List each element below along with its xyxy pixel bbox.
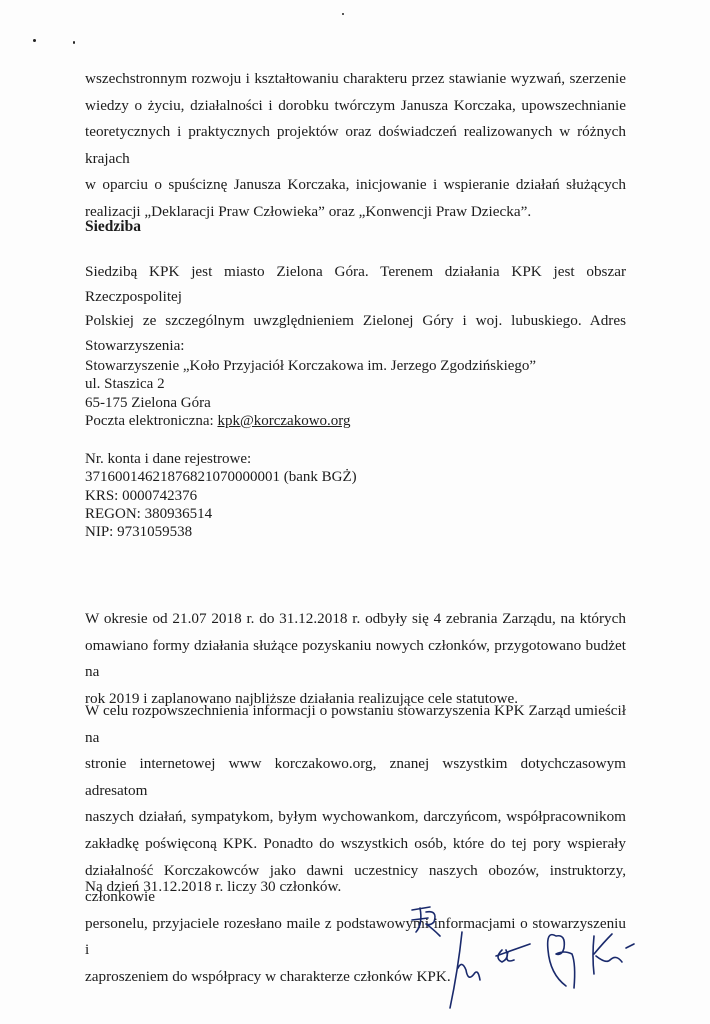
krs-number: KRS: 0000742376 xyxy=(85,487,357,505)
registration-block: Nr. konta i dane rejestrowe: 37160014621… xyxy=(85,450,357,541)
text-line: omawiano formy działania służące pozyska… xyxy=(85,633,626,686)
scan-speck xyxy=(33,39,36,42)
text-line: teoretycznych i praktycznych projektów o… xyxy=(85,119,626,172)
regon-number: REGON: 380936514 xyxy=(85,505,357,523)
address-block: Stowarzyszenie „Koło Przyjaciół Korczako… xyxy=(85,357,536,430)
email-link[interactable]: kpk@korczakowo.org xyxy=(217,413,350,429)
nip-number: NIP: 9731059538 xyxy=(85,523,357,541)
association-name: Stowarzyszenie „Koło Przyjaciół Korczako… xyxy=(85,357,536,375)
section-heading: Siedziba xyxy=(85,218,141,236)
signature-icon xyxy=(390,890,690,1024)
text-line: realizacji „Deklaracji Praw Człowieka” o… xyxy=(85,199,626,226)
text-line: Polskiej ze szczególnym uwzględnieniem Z… xyxy=(85,309,626,334)
text-line: Stowarzyszenia: xyxy=(85,334,626,359)
registration-heading: Nr. konta i dane rejestrowe: xyxy=(85,450,357,468)
intro-paragraph: wszechstronnym rozwoju i kształtowaniu c… xyxy=(85,66,626,226)
email-line: Poczta elektroniczna: kpk@korczakowo.org xyxy=(85,412,536,430)
street: ul. Staszica 2 xyxy=(85,375,536,393)
scan-speck xyxy=(342,13,344,15)
text-line: wiedzy o życiu, działalności i dorobku t… xyxy=(85,93,626,120)
email-label: Poczta elektroniczna: xyxy=(85,413,217,429)
city: 65-175 Zielona Góra xyxy=(85,394,536,412)
text-line: w oparciu o spuściznę Janusza Korczaka, … xyxy=(85,172,626,199)
text-line: Siedzibą KPK jest miasto Zielona Góra. T… xyxy=(85,260,626,309)
scan-speck xyxy=(73,41,75,44)
text-line: wszechstronnym rozwoju i kształtowaniu c… xyxy=(85,66,626,93)
text-line: W celu rozpowszechnienia informacji o po… xyxy=(85,698,626,751)
text-line: naszych działań, sympatykom, byłym wycho… xyxy=(85,804,626,831)
meetings-paragraph: W okresie od 21.07 2018 r. do 31.12.2018… xyxy=(85,606,626,712)
document-page: wszechstronnym rozwoju i kształtowaniu c… xyxy=(0,0,710,1024)
text-line: zakładkę poświęconą KPK. Ponadto do wszy… xyxy=(85,831,626,858)
text-line: W okresie od 21.07 2018 r. do 31.12.2018… xyxy=(85,606,626,633)
bank-account: 37160014621876821070000001 (bank BGŻ) xyxy=(85,468,357,486)
seat-paragraph: Siedzibą KPK jest miasto Zielona Góra. T… xyxy=(85,260,626,358)
text-line: stronie internetowej www korczakowo.org,… xyxy=(85,751,626,804)
